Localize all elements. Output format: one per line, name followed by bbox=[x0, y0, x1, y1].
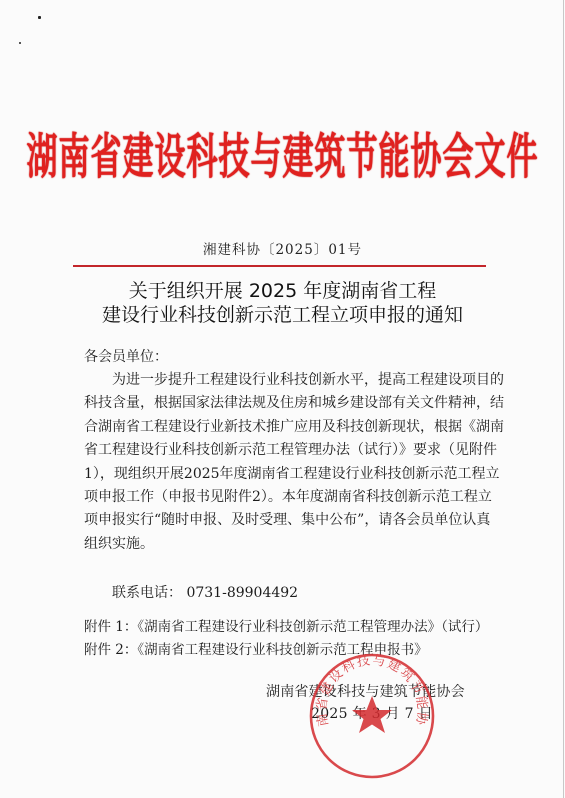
contact-phone: 0731-89904492 bbox=[186, 585, 298, 601]
attachment-label: 附件 2： bbox=[84, 642, 137, 658]
notice-title-line-1: 关于组织开展 2025 年度湖南省工程 bbox=[0, 279, 565, 303]
page-edge bbox=[563, 0, 564, 798]
salutation: 各会员单位： bbox=[84, 346, 504, 369]
document-masthead: 湖南省建设科技与建筑节能协会文件 bbox=[0, 131, 565, 184]
scan-speck bbox=[38, 16, 41, 19]
attachment-1: 附件 1：《湖南省工程建设行业科技创新示范工程管理办法》（试行） bbox=[84, 615, 488, 635]
body-paragraph: 为进一步提升工程建设行业科技创新水平，提高工程建设项目的科技含量，根据国家法律法… bbox=[84, 369, 504, 556]
notice-title: 关于组织开展 2025 年度湖南省工程 建设行业科技创新示范工程立项申报的通知 bbox=[0, 279, 565, 327]
notice-title-line-2: 建设行业科技创新示范工程立项申报的通知 bbox=[0, 303, 565, 327]
contact-label: 联系电话： bbox=[112, 585, 182, 601]
contact-line: 联系电话： 0731-89904492 bbox=[112, 582, 532, 605]
red-divider-rule bbox=[73, 265, 486, 267]
official-seal-icon: 湖南省建设科技与建筑节能协会 bbox=[308, 652, 436, 780]
attachment-title: 《湖南省工程建设行业科技创新示范工程管理办法》（试行） bbox=[137, 619, 488, 635]
document-number: 湘建科协〔2025〕01号 bbox=[0, 238, 565, 258]
body-paragraph-text: 为进一步提升工程建设行业科技创新水平，提高工程建设项目的科技含量，根据国家法律法… bbox=[84, 372, 504, 552]
attachment-label: 附件 1： bbox=[84, 619, 137, 635]
scan-speck bbox=[19, 42, 21, 44]
